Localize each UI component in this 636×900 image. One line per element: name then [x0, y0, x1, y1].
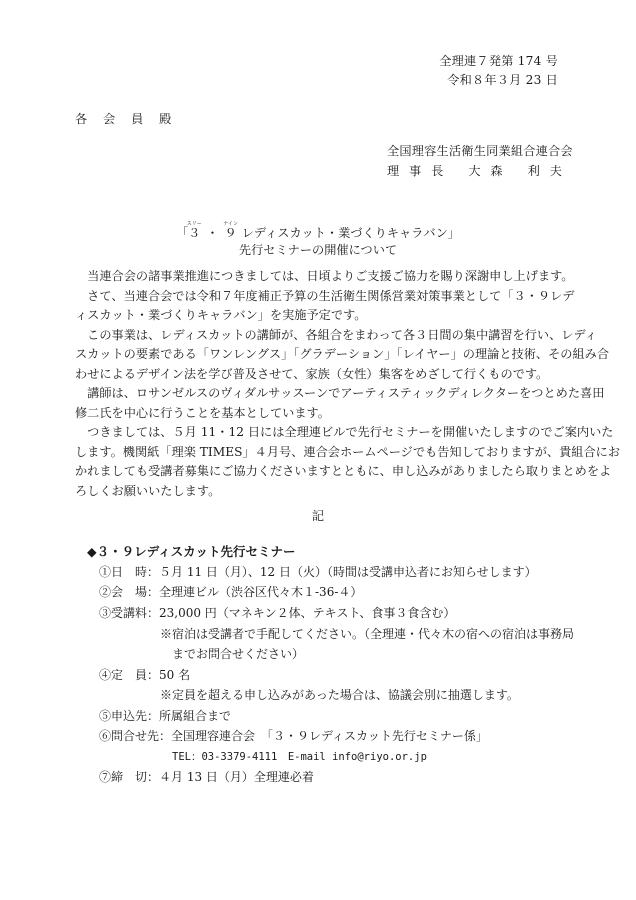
ruby-nine: ナイン: [223, 221, 238, 227]
seminar-item-apply-to: ⑤申込先：所属組合まで: [99, 707, 231, 724]
title-nine: ９: [223, 226, 238, 240]
body-line: 講師は、ロサンゼルスのヴィダルサッスーンでアーティスティックディレクターをつとめ…: [75, 384, 575, 404]
body-line: ろしくお願いいたします。: [75, 482, 575, 502]
document-title-line2: 先行セミナーの開催について: [0, 241, 636, 258]
reference-number: 全理連７発第 174 号: [439, 52, 558, 69]
lodging-note-line1: ※宿泊は受講者で手配してください。（全理連・代々木の宿への宿泊は事務局: [160, 625, 574, 642]
body-line: 当連合会の諸事業推進につきましては、日頃よりご支援ご協力を賜り深謝申し上げます。: [75, 267, 575, 287]
seminar-heading: ◆３・９レディスカット先行セミナー: [87, 542, 296, 560]
lodging-note-line2: までお問合せください）: [160, 645, 304, 662]
capacity-note: ※定員を超える申し込みがあった場合は、協議会別に抽選します。: [160, 686, 519, 703]
sender-title-name: 理 事 長 大 森 利 夫: [387, 162, 565, 179]
kigo-label: 記: [0, 507, 636, 524]
title-dot: ・: [206, 226, 218, 240]
body-line: この事業は、レディスカットの講師が、各組合をまわって各３日間の集中講習を行い、レ…: [75, 326, 575, 346]
ruby-three: スリー: [187, 221, 202, 227]
body-line: スカットの要素である「ワンレングス」「グラデーション」「レイヤー」の理論と技術、…: [75, 345, 575, 365]
seminar-item-contact: ⑥問合せ先：全国理容連合会 「３・９レディスカット先行セミナー係」: [99, 727, 488, 744]
title-three: ３: [187, 226, 202, 240]
body-line: します。機関紙「理楽 TIMES」４月号、連合会ホームページでも告知しております…: [75, 443, 575, 463]
addressee: 各 会 員 殿: [75, 110, 177, 127]
body-line: ィスカット・業づくりキャラバン」を実施予定です。: [75, 306, 575, 326]
title-rest: レディスカット・業づくりキャラバン」: [242, 226, 460, 240]
issue-date: 令和８年３月 23 日: [447, 71, 558, 88]
seminar-item-capacity: ④定 員：50 名: [99, 666, 190, 683]
title-number-9: ９ナイン: [225, 226, 237, 240]
contact-details: TEL：03-3379-4111 E-mail info@riyo.or.jp: [172, 749, 427, 764]
body-line: 修二氏を中心に行うことを基本としています。: [75, 404, 575, 424]
seminar-item-date: ①日 時：５月 11 日（月）、12 日（火）（時間は受講申込者にお知らせします…: [99, 563, 537, 580]
sender-organization: 全国理容生活衛生同業組合連合会: [387, 142, 573, 159]
title-number-3: ３スリー: [188, 226, 200, 240]
body-line: かれましても受講者募集にご協力くださいますとともに、申し込みがありましたら取りま…: [75, 462, 575, 482]
seminar-item-fee: ③受講料：23,000 円（マネキン２体、テキスト、食事３食含む）: [99, 604, 455, 621]
document-title-line1: 「３スリー・９ナインレディスカット・業づくりキャラバン」: [0, 221, 636, 241]
document-page: 全理連７発第 174 号 令和８年３月 23 日 各 会 員 殿 全国理容生活衛…: [0, 0, 636, 900]
body-line: つきましては、５月 11・12 日には全理連ビルで先行セミナーを開催いたしますの…: [75, 423, 575, 443]
body-line: わせによるデザイン法を学び普及させて、家族（女性）集客をめざして行くものです。: [75, 365, 575, 385]
seminar-item-venue: ②会 場：全理連ビル（渋谷区代々木１-36-４）: [99, 583, 362, 600]
body-line: さて、当連合会では令和７年度補正予算の生活衛生関係営業対策事業として「３・９レデ: [75, 287, 575, 307]
seminar-item-deadline: ⑦締 切：４月 13 日（月）全理連必着: [99, 768, 314, 785]
